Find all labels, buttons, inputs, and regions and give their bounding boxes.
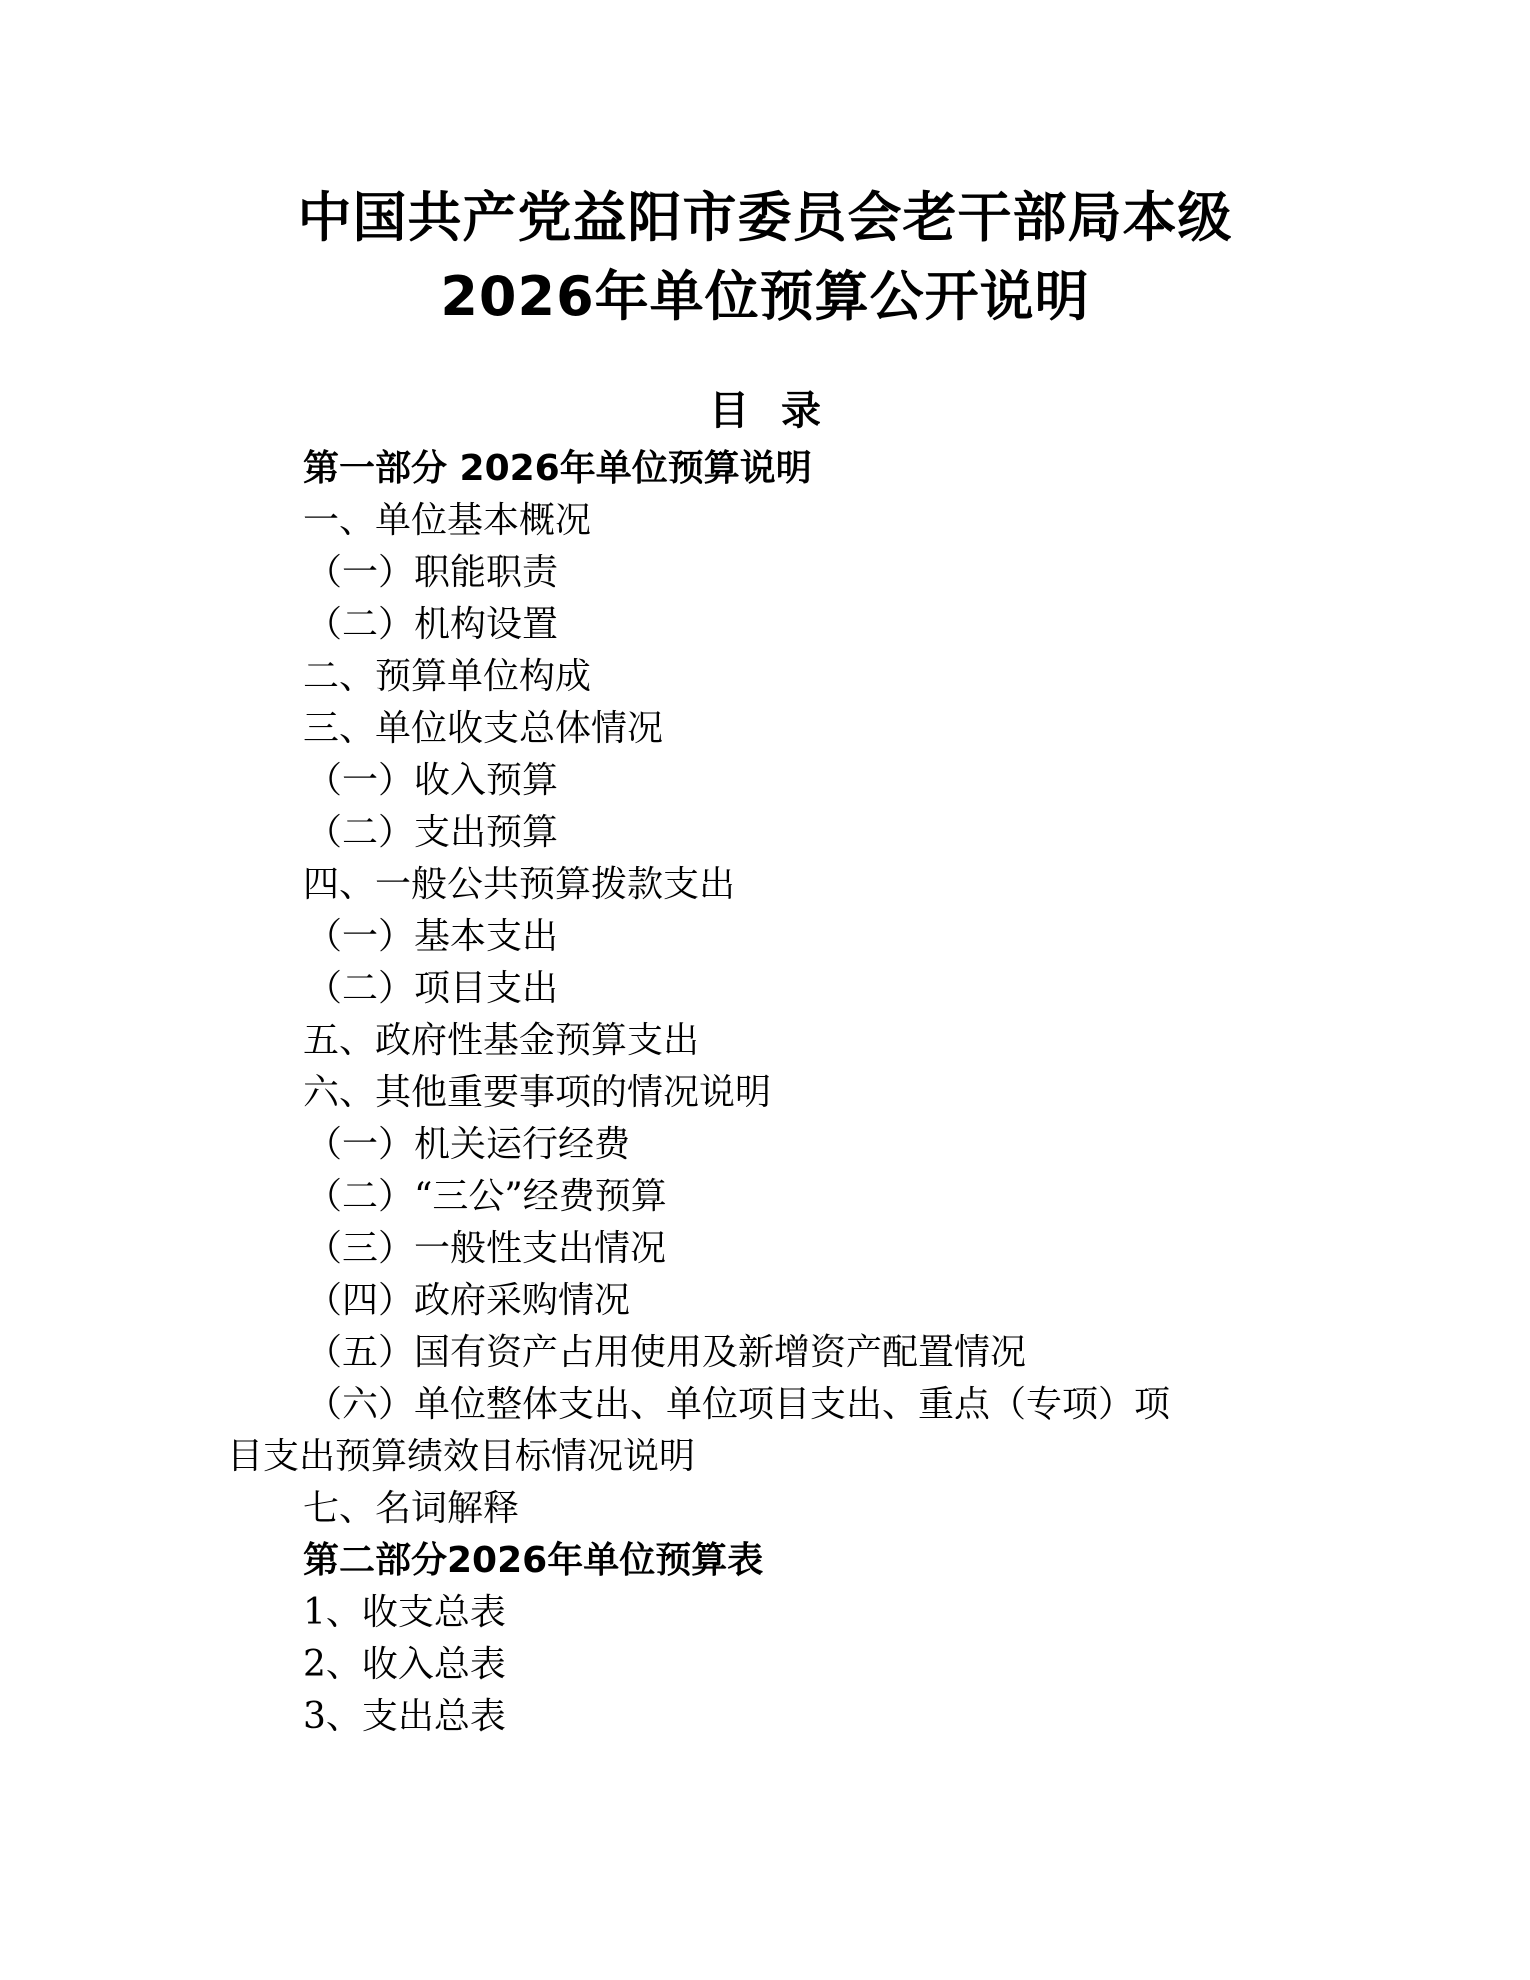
toc-item: （一）职能职责: [306, 549, 558, 597]
toc-item: （五）国有资产占用使用及新增资产配置情况: [306, 1329, 1026, 1377]
toc-item: （四）政府采购情况: [306, 1277, 630, 1325]
toc-item: （二）机构设置: [306, 601, 558, 649]
toc-part-one: 第一部分 2026年单位预算说明: [303, 445, 812, 493]
toc-heading: 目 录: [0, 385, 1530, 437]
toc-item: 一、单位基本概况: [303, 497, 591, 545]
toc-item: 七、名词解释: [303, 1485, 519, 1533]
toc-item: 六、其他重要事项的情况说明: [303, 1069, 771, 1117]
toc-item: （一）收入预算: [306, 757, 558, 805]
toc-part-two: 第二部分2026年单位预算表: [303, 1537, 763, 1585]
toc-item: （一）基本支出: [306, 913, 558, 961]
toc-item: （三）一般性支出情况: [306, 1225, 666, 1273]
toc-item: 三、单位收支总体情况: [303, 705, 663, 753]
toc-item: 3、支出总表: [303, 1693, 506, 1741]
document-title-line-2: 2026年单位预算公开说明: [0, 262, 1530, 332]
toc-item: （二）“三公”经费预算: [306, 1173, 667, 1221]
toc-item: （二）支出预算: [306, 809, 558, 857]
toc-item: （六）单位整体支出、单位项目支出、重点（专项）项: [306, 1381, 1170, 1429]
toc-item: 二、预算单位构成: [303, 653, 591, 701]
toc-item: 1、收支总表: [303, 1589, 506, 1637]
toc-item: （二）项目支出: [306, 965, 558, 1013]
toc-item: 2、收入总表: [303, 1641, 506, 1689]
toc-item: 五、政府性基金预算支出: [303, 1017, 699, 1065]
document-title-line-1: 中国共产党益阳市委员会老干部局本级: [0, 183, 1530, 253]
toc-item-continuation: 目支出预算绩效目标情况说明: [227, 1433, 695, 1481]
document-page: 中国共产党益阳市委员会老干部局本级 2026年单位预算公开说明 目 录 第一部分…: [0, 0, 1530, 1980]
toc-item: 四、一般公共预算拨款支出: [303, 861, 735, 909]
toc-item: （一）机关运行经费: [306, 1121, 630, 1169]
